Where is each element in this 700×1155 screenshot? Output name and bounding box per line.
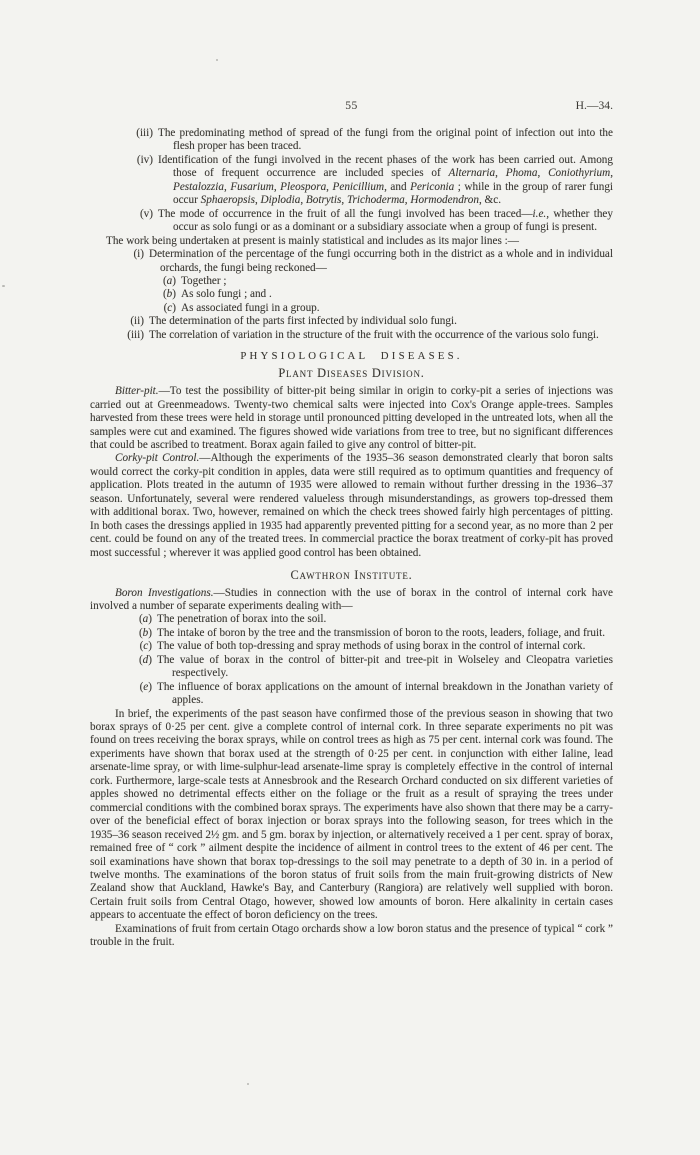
paragraph-examinations: Examinations of fruit from certain Otago… xyxy=(90,923,613,950)
list-item-boron-d: (d)The value of borax in the control of … xyxy=(90,654,613,681)
page-header: 55 H.—34. xyxy=(90,99,613,114)
section-heading-cawthron-institute: Cawthron Institute. xyxy=(90,569,613,582)
page-number: 55 xyxy=(345,99,358,112)
list-marker: (c) xyxy=(126,640,152,653)
list-item-reckoned-c: (c)As associated fungi in a group. xyxy=(90,302,613,315)
list-marker: (v) xyxy=(127,208,153,221)
list-item-stat-ii: (ii)The determination of the parts first… xyxy=(90,315,613,328)
list-item-text: Together ; xyxy=(181,275,227,287)
list-item-fungi-v: (v)The mode of occurrence in the fruit o… xyxy=(90,208,613,235)
list-item-text: The value of borax in the control of bit… xyxy=(157,654,613,679)
list-marker: (ii) xyxy=(120,315,144,328)
list-item-text: The influence of borax applications on t… xyxy=(157,681,613,706)
list-item-stat-i: (i)Determination of the percentage of th… xyxy=(90,248,613,275)
list-item-boron-c: (c)The value of both top-dressing and sp… xyxy=(90,640,613,653)
list-item-text: The value of both top-dressing and spray… xyxy=(157,640,585,652)
section-heading-plant-diseases-division: Plant Diseases Division. xyxy=(90,367,613,380)
section-heading-physiological-diseases: PHYSIOLOGICAL DISEASES. xyxy=(90,350,613,363)
list-item-text: Identification of the fungi involved in … xyxy=(158,154,613,206)
paragraph-work-intro: The work being undertaken at present is … xyxy=(90,235,613,248)
list-item-stat-iii: (iii)The correlation of variation in the… xyxy=(90,329,613,342)
list-item-text: The predominating method of spread of th… xyxy=(158,127,613,152)
document-reference: H.—34. xyxy=(576,99,613,112)
list-item-text: As associated fungi in a group. xyxy=(181,302,320,314)
paragraph-in-brief: In brief, the experiments of the past se… xyxy=(90,708,613,923)
list-item-boron-e: (e)The influence of borax applications o… xyxy=(90,681,613,708)
list-marker: (a) xyxy=(126,613,152,626)
document-page: 55 H.—34. (iii)The predominating method … xyxy=(0,0,700,1155)
list-item-reckoned-a: (a)Together ; xyxy=(90,275,613,288)
list-item-boron-a: (a)The penetration of borax into the soi… xyxy=(90,613,613,626)
list-item-text: The penetration of borax into the soil. xyxy=(157,613,326,625)
scan-speck xyxy=(2,285,5,287)
list-marker: (iii) xyxy=(120,329,144,342)
list-item-reckoned-b: (b)As solo fungi ; and . xyxy=(90,288,613,301)
list-marker: (iv) xyxy=(127,154,153,167)
list-marker: (i) xyxy=(120,248,144,261)
scan-speck xyxy=(247,1083,249,1085)
paragraph-bitter-pit: Bitter-pit.—To test the possibility of b… xyxy=(90,385,613,452)
list-item-text: The correlation of variation in the stru… xyxy=(149,329,599,341)
list-item-text: The determination of the parts first inf… xyxy=(149,315,457,327)
paragraph-corky-pit-control: Corky-pit Control.—Although the experime… xyxy=(90,452,613,560)
list-item-text: The intake of boron by the tree and the … xyxy=(157,627,605,639)
list-item-boron-b: (b)The intake of boron by the tree and t… xyxy=(90,627,613,640)
list-item-fungi-iii: (iii)The predominating method of spread … xyxy=(90,127,613,154)
list-marker: (d) xyxy=(126,654,152,667)
page-body: (iii)The predominating method of spread … xyxy=(90,127,613,950)
list-item-text: The mode of occurrence in the fruit of a… xyxy=(158,208,613,233)
paragraph-boron-investigations: Boron Investigations.—Studies in connect… xyxy=(90,587,613,614)
list-item-fungi-iv: (iv)Identification of the fungi involved… xyxy=(90,154,613,208)
scan-speck xyxy=(216,59,218,61)
list-marker: (b) xyxy=(126,627,152,640)
list-marker: (iii) xyxy=(127,127,153,140)
list-item-text: Determination of the percentage of the f… xyxy=(149,248,613,273)
list-item-text: As solo fungi ; and . xyxy=(181,288,272,300)
list-marker: (e) xyxy=(126,681,152,694)
